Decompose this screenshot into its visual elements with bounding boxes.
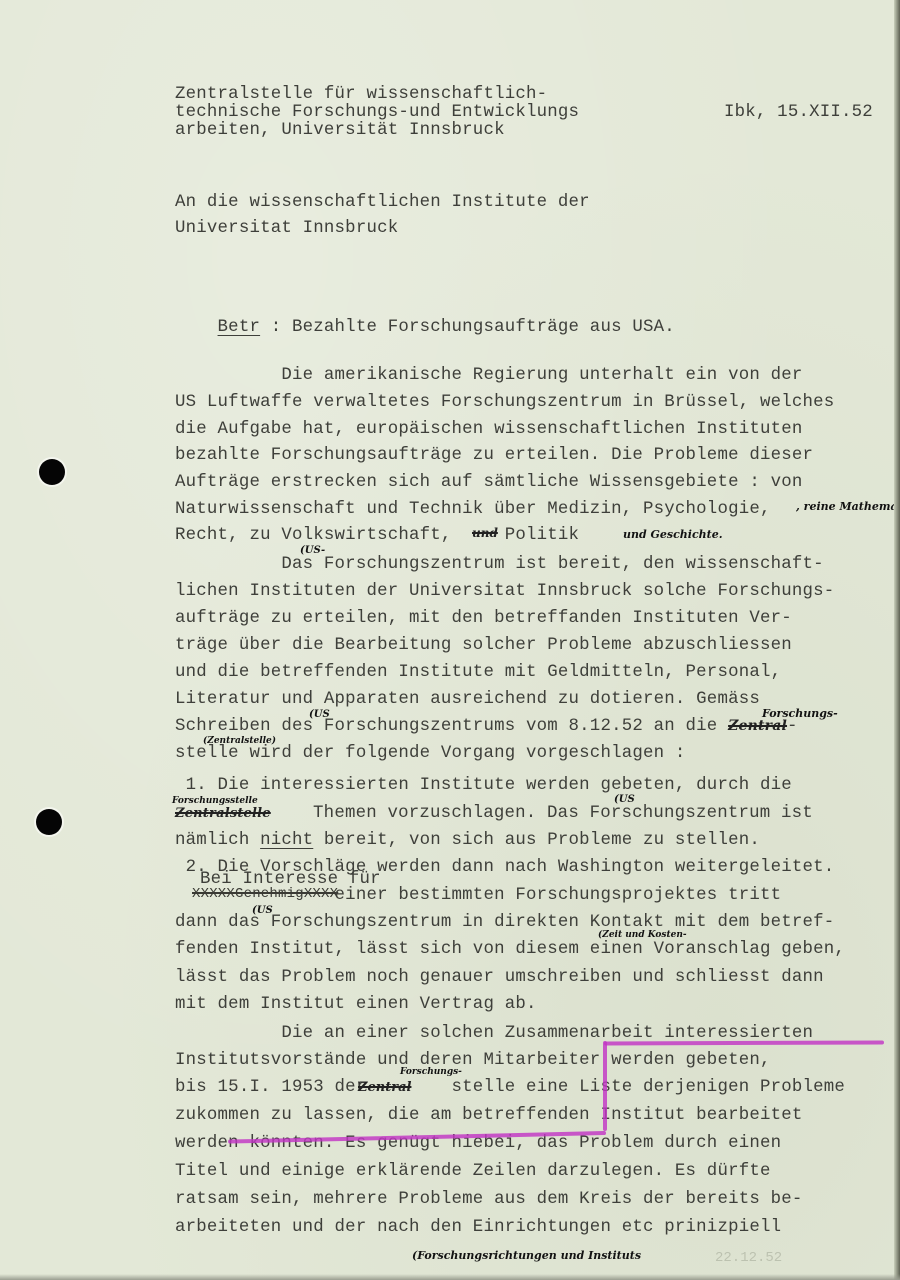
scanned-letter-page: Zentralstelle für wissenschaftlich- tech… [0,0,900,1280]
struck-zentral: Zentral [358,1081,411,1094]
annotation-forschungsrichtungen: (Forschungsrichtungen und Instituts [412,1250,641,1261]
body-line: Aufträge erstrecken sich auf sämtliche W… [175,474,803,491]
body-line: aufträge zu erteilen, mit den betreffand… [175,610,792,627]
list-item: nämlich nicht bereit, von sich aus Probl… [175,832,760,849]
annotation-struck-und: und [472,527,498,539]
struck-zentral: Zentral [728,718,787,734]
body-line: Titel und einige erklärende Zeilen darzu… [175,1163,771,1180]
body-line: ratsam sein, mehrere Probleme aus dem Kr… [175,1191,803,1208]
body-line-text: Schreiben des Forschungszentrums vom 8.1… [175,717,728,736]
body-line: Naturwissenschaft und Technik über Mediz… [175,501,771,518]
body-line: Die an einer solchen Zusammenarbeit inte… [175,1025,813,1042]
body-line: Literatur und Apparaten ausreichend zu d… [175,691,760,708]
body-line: Schreiben des Forschungszentrums vom 8.1… [175,718,798,735]
place-date: Ibk, 15.XII.52 [724,104,873,121]
annotation-forschungs: Forschungs- [400,1068,462,1077]
annotation-us: (US [309,710,330,720]
body-line: lässt das Problem noch genauer umschreib… [175,969,824,986]
body-line: einer bestimmten Forschungsprojektes tri… [175,887,781,904]
body-line: Das Forschungszentrum ist bereit, den wi… [175,556,824,573]
punch-hole-bottom [36,809,62,835]
body-line: Die amerikanische Regierung unterhalt ei… [175,367,803,384]
list-item-text: Themen vorzuschlagen. Das Forschungszent… [175,804,813,823]
annotation-us: (US- [300,546,325,556]
sender-line: Zentralstelle für wissenschaftlich- [175,86,547,103]
annotation-zeit-und-kosten: (Zeit und Kosten- [598,931,687,940]
body-line: Institutsvorstände und deren Mitarbeiter… [175,1052,771,1069]
page-bottom-edge [0,1274,900,1280]
sender-line: technische Forschungs-und Entwicklungs [175,104,579,121]
annotation-us: (US [614,795,635,805]
body-line: und die betreffenden Institute mit Geldm… [175,664,781,681]
list-item: 1. Die interessierten Institute werden g… [175,777,792,794]
body-line: bis 15.I. 1953 der stelle eine Liste der… [175,1079,845,1096]
underlined-nicht: nicht [260,831,313,850]
body-line: US Luftwaffe verwaltetes Forschungszentr… [175,394,834,411]
list-item: Zentralstelle Themen vorzuschlagen. Das … [175,805,813,822]
annotation-forschungs: Forschungs- [762,708,838,719]
body-line: arbeiteten und der nach den Einrichtunge… [175,1219,781,1236]
body-line: mit dem Institut einen Vertrag ab. [175,996,537,1013]
list-item-text: nämlich [175,831,260,850]
annotation-forschungsstelle: Forschungsstelle [172,797,258,806]
body-line: lichen Instituten der Universitat Innsbr… [175,583,834,600]
faded-stamp: 22.12.52 [715,1250,782,1266]
body-line: bezahlte Forschungsaufträge zu erteilen.… [175,447,813,464]
annotation-zentralstelle: (Zentralstelle) [203,737,276,746]
recipient-line: Universitat Innsbruck [175,220,398,237]
subject-line: Betr : Bezahlte Forschungsaufträge aus U… [175,302,675,354]
body-line: dann das Forschungszentrum in direkten K… [175,914,834,931]
annotation-und-geschichte: und Geschichte. [623,529,723,540]
body-line: stelle wird der folgende Vorgang vorgesc… [175,745,686,762]
body-line: träge über die Bearbeitung solcher Probl… [175,637,792,654]
subject-text: : Bezahlte Forschungsaufträge aus USA. [260,318,675,337]
annotation-reine-mathematik: , reine Mathematik [796,501,900,512]
annotation-us: (US [252,906,273,916]
list-item-text: bereit, von sich aus Probleme zu stellen… [313,831,760,850]
body-line: zukommen zu lassen, die am betreffenden … [175,1107,803,1124]
page-edge [894,0,900,1280]
marker-line-top [604,1041,884,1046]
punch-hole-top [39,459,65,485]
body-line: Recht, zu Volkswirtschaft, Politik [175,527,579,544]
subject-label: Betr [218,318,261,337]
body-line: fenden Institut, lässt sich von diesem e… [175,941,845,958]
recipient-line: An die wissenschaftlichen Institute der [175,194,590,211]
sender-line: arbeiten, Universität Innsbruck [175,122,505,139]
marker-line-vertical [603,1041,607,1131]
body-line: die Aufgabe hat, europäischen wissenscha… [175,421,803,438]
